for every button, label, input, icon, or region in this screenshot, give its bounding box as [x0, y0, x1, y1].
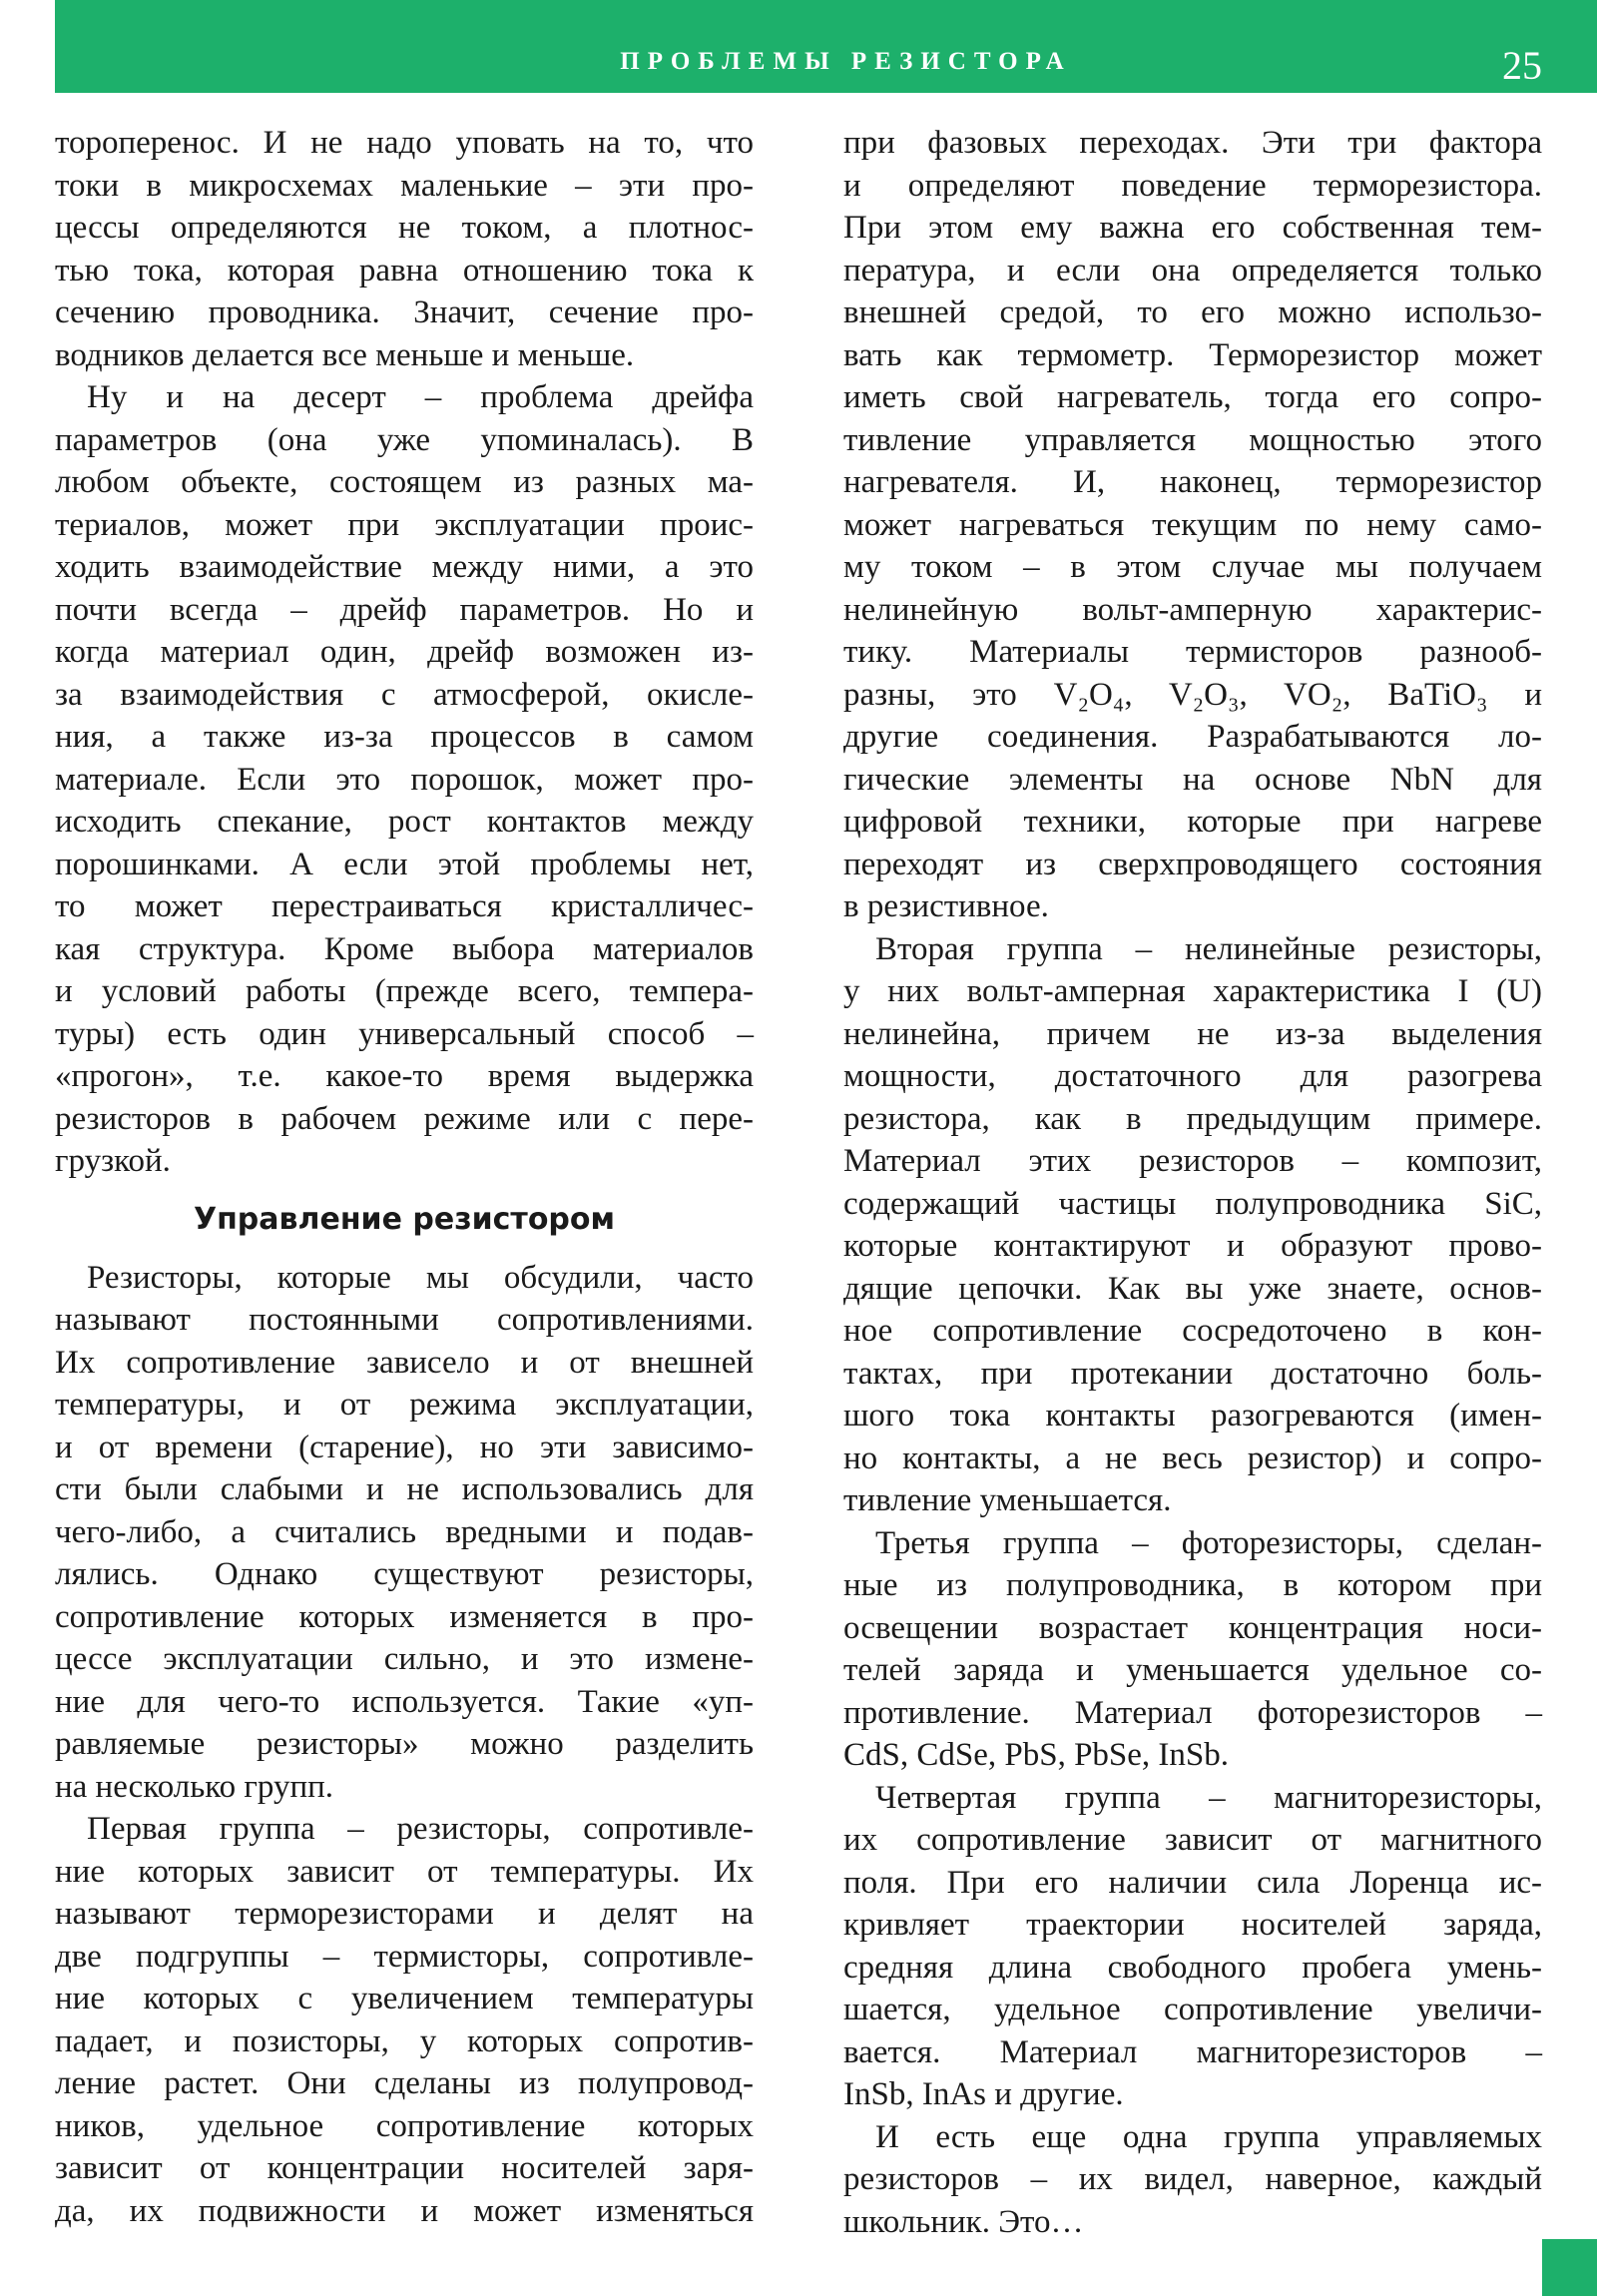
text-line: ния, а также из-за процессов в самом — [55, 716, 754, 759]
text-line: ние которых с увеличением температуры — [55, 1978, 754, 2020]
text-line: тью тока, которая равна отношению тока к — [55, 250, 754, 292]
text-line: тику. Материалы термисторов разнооб- — [843, 631, 1542, 674]
text-line: зависит от концентрации носителей заря- — [55, 2147, 754, 2190]
text-line: дящие цепочки. Как вы уже знаете, основ- — [843, 1268, 1542, 1311]
text-line: при фазовых переходах. Эти три фактора — [843, 122, 1542, 165]
text-line: температуры, и от режима эксплуатации, — [55, 1384, 754, 1427]
text-line: вается. Материал магниторезисторов – — [843, 2031, 1542, 2074]
text-line: вать как термометр. Терморезистор может — [843, 334, 1542, 377]
text-line: падает, и позисторы, у которых сопротив- — [55, 2020, 754, 2063]
text-line: средняя длина свободного пробега умень- — [843, 1947, 1542, 1990]
page-number: 25 — [1502, 42, 1542, 89]
left-column-text-part1: тороперенос. И не надо уповать на то, чт… — [55, 122, 754, 1183]
text-line: токи в микросхемах маленькие – эти про- — [55, 165, 754, 208]
text-line: нагревателя. И, наконец, терморезистор — [843, 461, 1542, 504]
text-line: грузкой. — [55, 1140, 754, 1183]
text-line: и условий работы (прежде всего, темпера- — [55, 970, 754, 1013]
text-line: нелинейную вольт-амперную характерис- — [843, 589, 1542, 632]
text-line: то может перестраиваться кристалличес- — [55, 885, 754, 928]
text-line: резисторов – их видел, наверное, каждый — [843, 2158, 1542, 2201]
text-line: у них вольт-амперная характеристика I (U… — [843, 970, 1542, 1013]
text-line: цессе эксплуатации сильно, и это измене- — [55, 1638, 754, 1681]
text-line: ходить взаимодействие между ними, а это — [55, 546, 754, 589]
text-line: содержащий частицы полупроводника SiC, — [843, 1183, 1542, 1226]
text-line: переходят из сверхпроводящего состояния — [843, 844, 1542, 886]
text-line: две подгруппы – термисторы, сопротивле- — [55, 1936, 754, 1979]
text-line: исходить спекание, рост контактов между — [55, 801, 754, 844]
left-column: тороперенос. И не надо уповать на то, чт… — [55, 122, 754, 2232]
text-line: называют терморезисторами и делят на — [55, 1893, 754, 1936]
text-line: При этом ему важна его собственная тем- — [843, 207, 1542, 250]
text-line: почти всегда – дрейф параметров. Но и — [55, 589, 754, 632]
text-line: может нагреваться текущим по нему само- — [843, 504, 1542, 547]
text-line: лялись. Однако существуют резисторы, — [55, 1553, 754, 1596]
text-line: равляемые резисторы» можно разделить — [55, 1723, 754, 1766]
text-line: Четвертая группа – магниторезисторы, — [843, 1777, 1542, 1820]
text-line: да, их подвижности и может изменяться — [55, 2190, 754, 2233]
text-line: иметь свой нагреватель, тогда его сопро- — [843, 376, 1542, 419]
text-line: ние которых зависит от температуры. Их — [55, 1851, 754, 1894]
text-line: туры) есть один универсальный способ – — [55, 1013, 754, 1056]
text-line: поля. При его наличии сила Лоренца ис- — [843, 1862, 1542, 1905]
text-line: параметров (она уже упоминалась). В — [55, 419, 754, 462]
text-line: цифровой техники, которые при нагреве — [843, 801, 1542, 844]
text-line: материале. Если это порошок, может про- — [55, 759, 754, 802]
text-line: териалов, может при эксплуатации проис- — [55, 504, 754, 547]
text-line: Вторая группа – нелинейные резисторы, — [843, 928, 1542, 971]
text-line: цессы определяются не током, а плотнос- — [55, 207, 754, 250]
text-line: называют постоянными сопротивлениями. — [55, 1299, 754, 1342]
text-line: на несколько групп. — [55, 1766, 754, 1809]
text-line: шается, удельное сопротивление увеличи- — [843, 1989, 1542, 2031]
page-corner-marker — [1542, 2239, 1597, 2296]
text-line: пература, и если она определяется только — [843, 250, 1542, 292]
text-line: и определяют поведение терморезистора. — [843, 165, 1542, 208]
text-line: Первая группа – резисторы, сопротивле- — [55, 1808, 754, 1851]
text-line: телей заряда и уменьшается удельное со- — [843, 1649, 1542, 1692]
text-line: но контакты, а не весь резистор) и сопро… — [843, 1437, 1542, 1480]
text-line: Их сопротивление зависело и от внешней — [55, 1342, 754, 1385]
text-line: InSb, InAs и другие. — [843, 2073, 1542, 2116]
text-line: кривляет траектории носителей заряда, — [843, 1904, 1542, 1947]
text-line: любом объекте, состоящем из разных ма- — [55, 461, 754, 504]
text-line: резисторов в рабочем режиме или с пере- — [55, 1098, 754, 1141]
text-line: ление растет. Они сделаны из полупровод- — [55, 2062, 754, 2105]
text-line: тивление управляется мощностью этого — [843, 419, 1542, 462]
text-line: Материал этих резисторов – композит, — [843, 1140, 1542, 1183]
text-line: и от времени (старение), но эти зависимо… — [55, 1427, 754, 1469]
text-line: ников, удельное сопротивление которых — [55, 2105, 754, 2148]
text-line: в резистивное. — [843, 885, 1542, 928]
running-title: ПРОБЛЕМЫ РЕЗИСТОРА — [55, 48, 1597, 76]
text-line: сти были слабыми и не использовались для — [55, 1468, 754, 1511]
text-line: которые контактируют и образуют прово- — [843, 1225, 1542, 1268]
text-line: ные из полупроводника, в котором при — [843, 1564, 1542, 1607]
text-line: чего-либо, а считались вредными и подав- — [55, 1511, 754, 1554]
text-line: мощности, достаточного для разогрева — [843, 1055, 1542, 1098]
text-line: тивление уменьшается. — [843, 1479, 1542, 1522]
right-column-text: при фазовых переходах. Эти три фактораи … — [843, 122, 1542, 2243]
text-line: кая структура. Кроме выбора материалов — [55, 928, 754, 971]
text-line: му током – в этом случае мы получаем — [843, 546, 1542, 589]
text-line: «прогон», т.е. какое-то время выдержка — [55, 1055, 754, 1098]
text-line: противление. Материал фоторезисторов – — [843, 1692, 1542, 1735]
text-line: школьник. Это… — [843, 2201, 1542, 2244]
text-line: Ну и на десерт – проблема дрейфа — [55, 376, 754, 419]
text-line: Третья группа – фоторезисторы, сделан- — [843, 1522, 1542, 1565]
right-column: при фазовых переходах. Эти три фактораи … — [843, 122, 1542, 2243]
text-line: внешней средой, то его можно использо- — [843, 291, 1542, 334]
text-line: ние для чего-то используется. Такие «уп- — [55, 1681, 754, 1724]
text-line: сечению проводника. Значит, сечение про- — [55, 291, 754, 334]
text-line: сопротивление которых изменяется в про- — [55, 1596, 754, 1639]
text-line: водников делается все меньше и меньше. — [55, 334, 754, 377]
text-line: порошинками. А если этой проблемы нет, — [55, 844, 754, 886]
text-line: гические элементы на основе NbN для — [843, 759, 1542, 802]
text-line: другие соединения. Разрабатываются ло- — [843, 716, 1542, 759]
text-line: CdS, CdSe, PbS, PbSe, InSb. — [843, 1734, 1542, 1777]
running-header: ПРОБЛЕМЫ РЕЗИСТОРА 25 — [55, 0, 1597, 93]
text-line: резистора, как в предыдущим примере. — [843, 1098, 1542, 1141]
text-line: их сопротивление зависит от магнитного — [843, 1819, 1542, 1862]
text-line: когда материал один, дрейф возможен из- — [55, 631, 754, 674]
text-line: разны, это V₂O₄, V₂O₃, VO₂, BaTiO₃ и — [843, 674, 1542, 717]
left-column-text-part2: Резисторы, которые мы обсудили, частоназ… — [55, 1257, 754, 2233]
section-heading: Управление резистором — [55, 1183, 754, 1257]
text-line: нелинейна, причем не из-за выделения — [843, 1013, 1542, 1056]
text-line: И есть еще одна группа управляемых — [843, 2116, 1542, 2159]
text-line: тороперенос. И не надо уповать на то, чт… — [55, 122, 754, 165]
text-line: шого тока контакты разогреваются (имен- — [843, 1395, 1542, 1437]
text-line: освещении возрастает концентрация носи- — [843, 1607, 1542, 1650]
text-line: ное сопротивление сосредоточено в кон- — [843, 1310, 1542, 1353]
text-line: Резисторы, которые мы обсудили, часто — [55, 1257, 754, 1300]
text-line: тактах, при протекании достаточно боль- — [843, 1353, 1542, 1396]
text-line: за взаимодействия с атмосферой, окисле- — [55, 674, 754, 717]
